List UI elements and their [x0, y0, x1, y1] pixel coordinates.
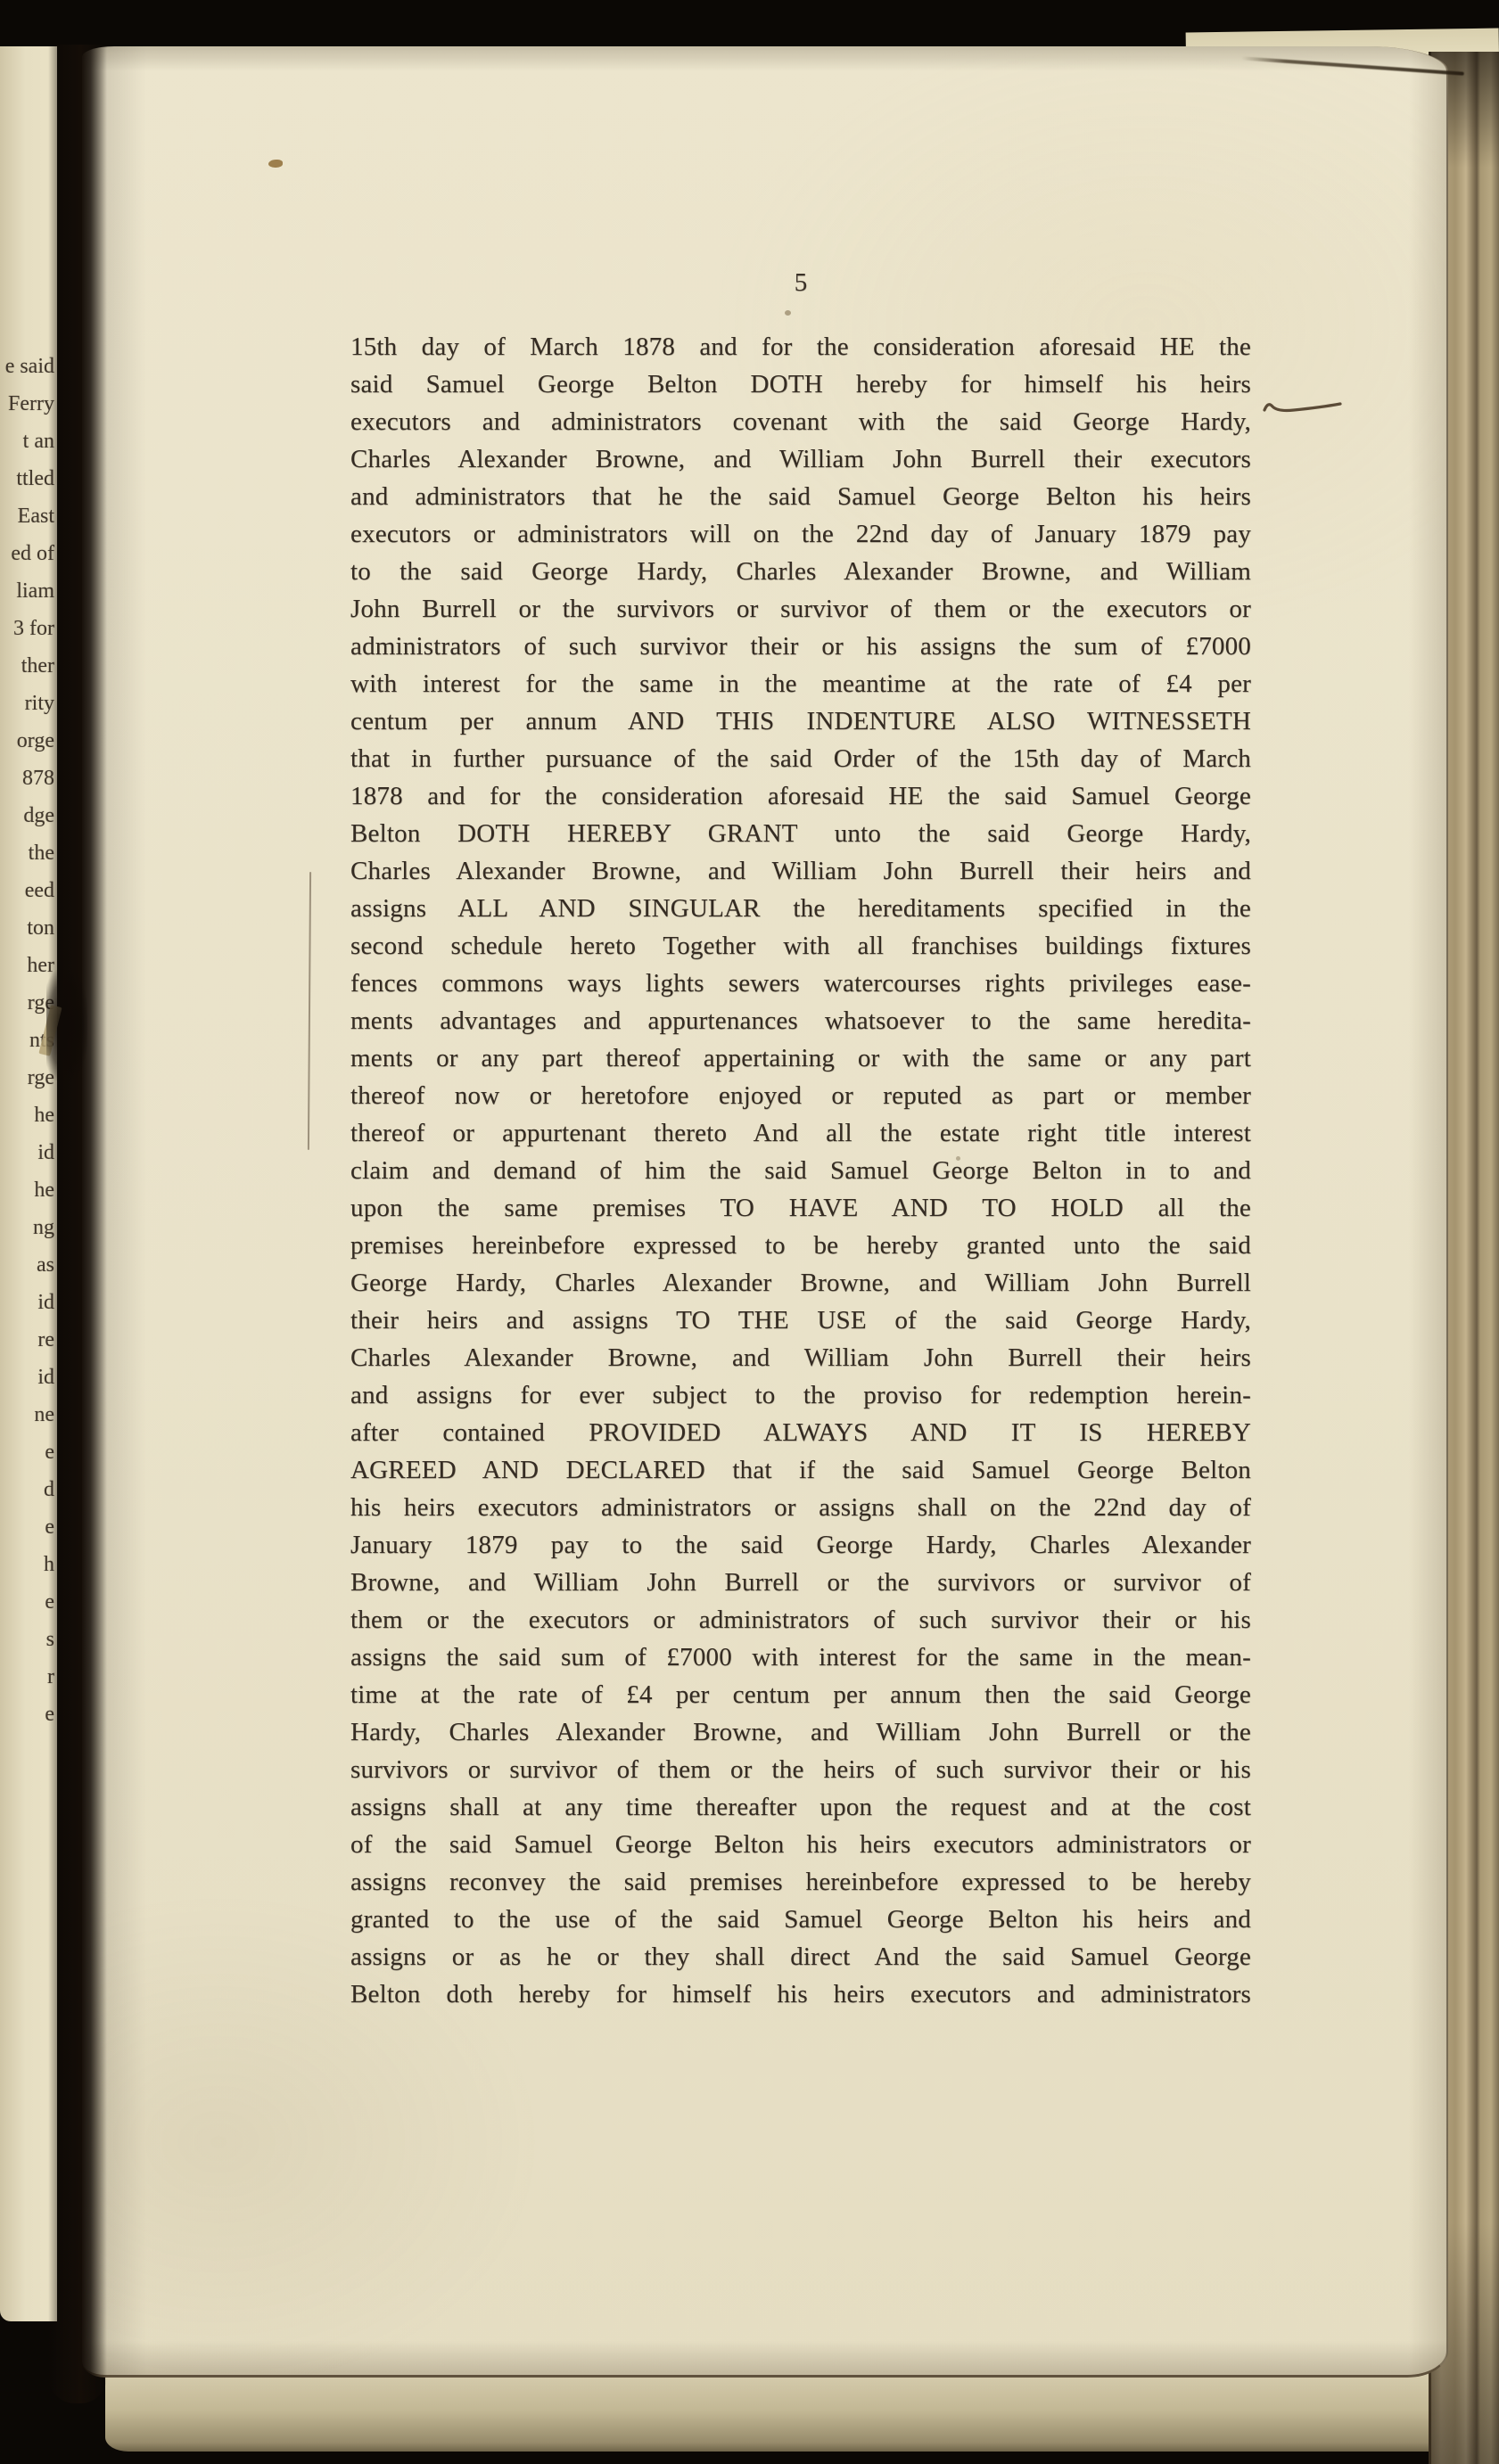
- cutoff-text-fragment: e said: [5, 348, 54, 385]
- body-text: 15th day of March 1878 and for the consi…: [350, 328, 1251, 2013]
- page-number: 5: [350, 264, 1251, 301]
- body-text-line: said Samuel George Belton DOTH hereby fo…: [350, 365, 1251, 403]
- body-text-line: claim and demand of him the said Samuel …: [350, 1152, 1251, 1189]
- body-text-line: thereof or appurtenant thereto And all t…: [350, 1114, 1251, 1152]
- body-text-line: ments advantages and appurtenances whats…: [350, 1002, 1251, 1039]
- body-text-line: upon the same premises TO HAVE AND TO HO…: [350, 1189, 1251, 1227]
- body-text-line: his heirs executors administrators or as…: [350, 1489, 1251, 1526]
- body-text-line: to the said George Hardy, Charles Alexan…: [350, 553, 1251, 590]
- book-gutter-shadow: [48, 45, 107, 2403]
- body-text-line: after contained PROVIDED ALWAYS AND IT I…: [350, 1414, 1251, 1451]
- body-text-line: assigns the said sum of £7000 with inter…: [350, 1639, 1251, 1676]
- body-text-line: AGREED AND DECLARED that if the said Sam…: [350, 1451, 1251, 1489]
- body-text-line: survivors or survivor of them or the hei…: [350, 1751, 1251, 1788]
- body-text-line: assigns or as he or they shall direct An…: [350, 1938, 1251, 1975]
- book-scan: e saidFerryt anttledEasted ofliam3 forth…: [0, 0, 1499, 2464]
- body-text-line: fences commons ways lights sewers waterc…: [350, 965, 1251, 1002]
- body-text-line: their heirs and assigns TO THE USE of th…: [350, 1302, 1251, 1339]
- body-text-line: with interest for the same in the meanti…: [350, 665, 1251, 702]
- body-text-line: ments or any part thereof appertaining o…: [350, 1039, 1251, 1077]
- gutter-shadow-bump: [46, 970, 87, 1080]
- body-text-line: Hardy, Charles Alexander Browne, and Wil…: [350, 1713, 1251, 1751]
- body-text-line: assigns ALL AND SINGULAR the hereditamen…: [350, 890, 1251, 927]
- paper-speck: [956, 1156, 960, 1161]
- body-text-line: George Hardy, Charles Alexander Browne, …: [350, 1264, 1251, 1302]
- body-text-line: centum per annum AND THIS INDENTURE ALSO…: [350, 702, 1251, 740]
- body-text-line: Belton doth hereby for himself his heirs…: [350, 1975, 1251, 2013]
- pen-mark: [1261, 394, 1346, 417]
- body-text-line: assigns shall at any time thereafter upo…: [350, 1788, 1251, 1826]
- body-text-line: and administrators that he the said Samu…: [350, 478, 1251, 515]
- body-text-line: Charles Alexander Browne, and William Jo…: [350, 852, 1251, 890]
- body-text-line: premises hereinbefore expressed to be he…: [350, 1227, 1251, 1264]
- margin-annotation-line: [308, 872, 311, 1150]
- body-text-line: and assigns for ever subject to the prov…: [350, 1376, 1251, 1414]
- body-text-line: executors and administrators covenant wi…: [350, 403, 1251, 440]
- body-text-line: of the said Samuel George Belton his hei…: [350, 1826, 1251, 1863]
- body-text-line: assigns reconvey the said premises herei…: [350, 1863, 1251, 1901]
- body-text-line: administrators of such survivor their or…: [350, 628, 1251, 665]
- body-text-line: Charles Alexander Browne, and William Jo…: [350, 440, 1251, 478]
- body-text-line: second schedule hereto Together with all…: [350, 927, 1251, 965]
- body-text-line: January 1879 pay to the said George Hard…: [350, 1526, 1251, 1564]
- body-text-line: them or the executors or administrators …: [350, 1601, 1251, 1639]
- body-text-line: 1878 and for the consideration aforesaid…: [350, 777, 1251, 815]
- body-text-line: time at the rate of £4 per centum per an…: [350, 1676, 1251, 1713]
- body-text-line: Browne, and William John Burrell or the …: [350, 1564, 1251, 1601]
- body-text-line: thereof now or heretofore enjoyed or rep…: [350, 1077, 1251, 1114]
- body-text-line: John Burrell or the survivors or survivo…: [350, 590, 1251, 628]
- body-text-line: Charles Alexander Browne, and William Jo…: [350, 1339, 1251, 1376]
- document-page: 5 15th day of March 1878 and for the con…: [82, 46, 1448, 2378]
- paper-speck: [785, 310, 791, 316]
- body-text-line: Belton DOTH HEREBY GRANT unto the said G…: [350, 815, 1251, 852]
- body-text-line: 15th day of March 1878 and for the consi…: [350, 328, 1251, 365]
- body-text-line: that in further pursuance of the said Or…: [350, 740, 1251, 777]
- body-text-line: granted to the use of the said Samuel Ge…: [350, 1901, 1251, 1938]
- paper-speck: [268, 160, 283, 168]
- body-text-line: executors or administrators will on the …: [350, 515, 1251, 553]
